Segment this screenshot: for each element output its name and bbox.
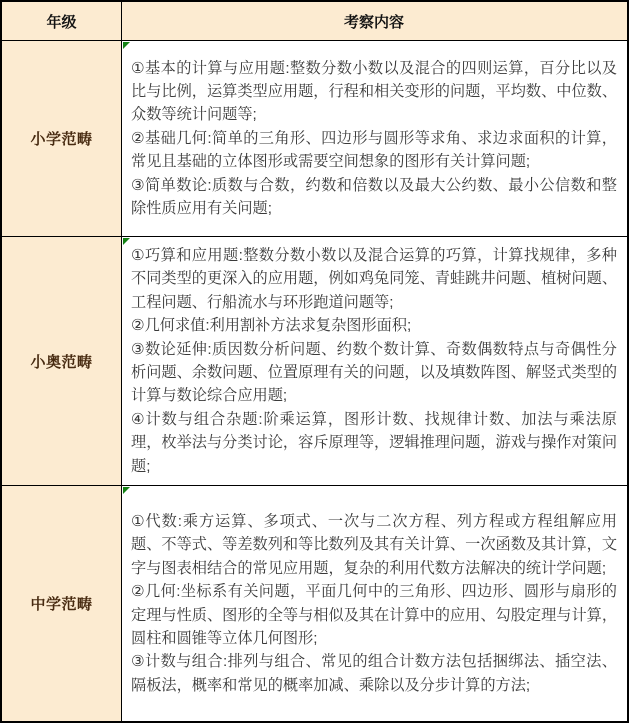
content-item: ②几何:坐标系有关问题，平面几何中的三角形、四边形、圆形与扇形的定理与性质、图形… — [131, 580, 617, 650]
content-cell-elementary: ①基本的计算与应用题:整数分数小数以及混合的四则运算，百分比以及比与比例，运算类… — [122, 41, 627, 236]
header-cell-content: 考察内容 — [122, 2, 627, 40]
cell-corner-marker-icon — [123, 487, 130, 494]
content-item: ②基础几何:简单的三角形、四边形与圆形等求角、求边求面积的计算，常见且基础的立体… — [131, 127, 617, 174]
content-item: ③数论延伸:质因数分析问题、约数个数计算、奇数偶数特点与奇偶性分析问题、余数问题… — [131, 338, 617, 408]
table-row-middle: 中学范畴 ①代数:乘方运算、多项式、一次与二次方程、列方程或方程组解应用题、不等… — [2, 485, 627, 721]
content-item: ①巧算和应用题:整数分数小数以及混合运算的巧算，计算找规律，多种不同类型的更深入… — [131, 244, 617, 314]
cell-corner-marker-icon — [123, 238, 130, 245]
grade-cell-middle: 中学范畴 — [2, 486, 122, 721]
table-row-olympiad: 小奥范畴 ①巧算和应用题:整数分数小数以及混合运算的巧算，计算找规律，多种不同类… — [2, 236, 627, 485]
content-item: ②几何求值:利用割补方法求复杂图形面积; — [131, 314, 617, 337]
content-item: ③简单数论:质数与合数，约数和倍数以及最大公约数、最小公信数和整除性质应用有关问… — [131, 174, 617, 221]
content-cell-olympiad: ①巧算和应用题:整数分数小数以及混合运算的巧算，计算找规律，多种不同类型的更深入… — [122, 237, 627, 485]
grade-label-elementary: 小学范畴 — [30, 128, 92, 149]
header-content-label: 考察内容 — [344, 11, 404, 32]
grade-cell-olympiad: 小奥范畴 — [2, 237, 122, 485]
table-header-row: 年级 考察内容 — [2, 2, 627, 40]
header-grade-label: 年级 — [46, 11, 76, 32]
grade-cell-elementary: 小学范畴 — [2, 41, 122, 236]
content-item: ③计数与组合:排列与组合、常见的组合计数方法包括捆绑法、插空法、隔板法，概率和常… — [131, 650, 617, 697]
header-cell-grade: 年级 — [2, 2, 122, 40]
exam-content-table: 年级 考察内容 小学范畴 ①基本的计算与应用题:整数分数小数以及混合的四则运算，… — [0, 0, 629, 723]
grade-label-middle: 中学范畴 — [30, 593, 92, 614]
cell-corner-marker-icon — [123, 42, 130, 49]
content-cell-middle: ①代数:乘方运算、多项式、一次与二次方程、列方程或方程组解应用题、不等式、等差数… — [122, 486, 627, 721]
content-item: ④计数与组合杂题:阶乘运算，图形计数、找规律计数、加法与乘法原理，枚举法与分类讨… — [131, 408, 617, 478]
grade-label-olympiad: 小奥范畴 — [30, 351, 92, 372]
table-row-elementary: 小学范畴 ①基本的计算与应用题:整数分数小数以及混合的四则运算，百分比以及比与比… — [2, 40, 627, 236]
content-item: ①代数:乘方运算、多项式、一次与二次方程、列方程或方程组解应用题、不等式、等差数… — [131, 510, 617, 580]
content-item: ①基本的计算与应用题:整数分数小数以及混合的四则运算，百分比以及比与比例，运算类… — [131, 57, 617, 127]
